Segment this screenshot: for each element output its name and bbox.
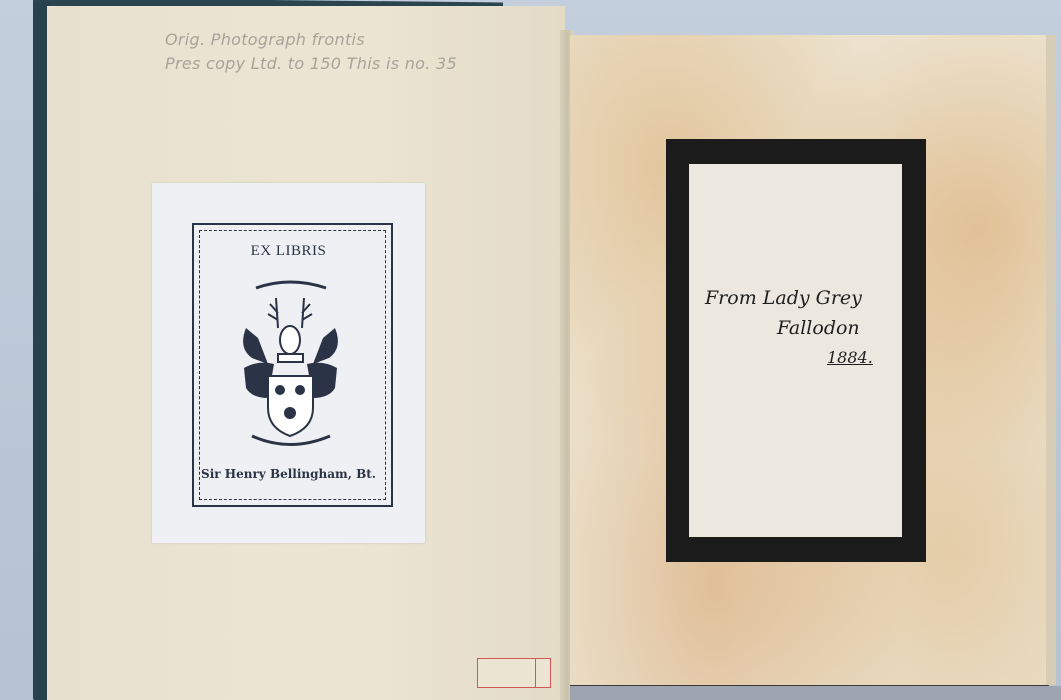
- inscription-line1: From Lady Grey: [705, 283, 873, 313]
- pencil-note: Orig. Photograph frontis Pres copy Ltd. …: [165, 28, 457, 76]
- coat-of-arms-icon: [238, 268, 343, 453]
- inscription-line2: Fallodon: [705, 313, 873, 343]
- bottom-shadow: [570, 686, 1061, 700]
- pencil-note-line1: Orig. Photograph frontis: [165, 28, 457, 52]
- page-edges: [1046, 35, 1056, 685]
- handwritten-inscription: From Lady Grey Fallodon 1884.: [705, 283, 873, 373]
- pencil-note-line2: Pres copy Ltd. to 150 This is no. 35: [165, 52, 457, 76]
- bookplate-heading: EX LIBRIS: [152, 243, 425, 260]
- bookseller-stamp: [477, 658, 551, 688]
- bookplate: EX LIBRIS Sir Henry Bellingham, Bt.: [152, 183, 425, 543]
- bookplate-owner-name: Sir Henry Bellingham, Bt.: [152, 467, 425, 481]
- inscription-date: 1884.: [705, 343, 873, 373]
